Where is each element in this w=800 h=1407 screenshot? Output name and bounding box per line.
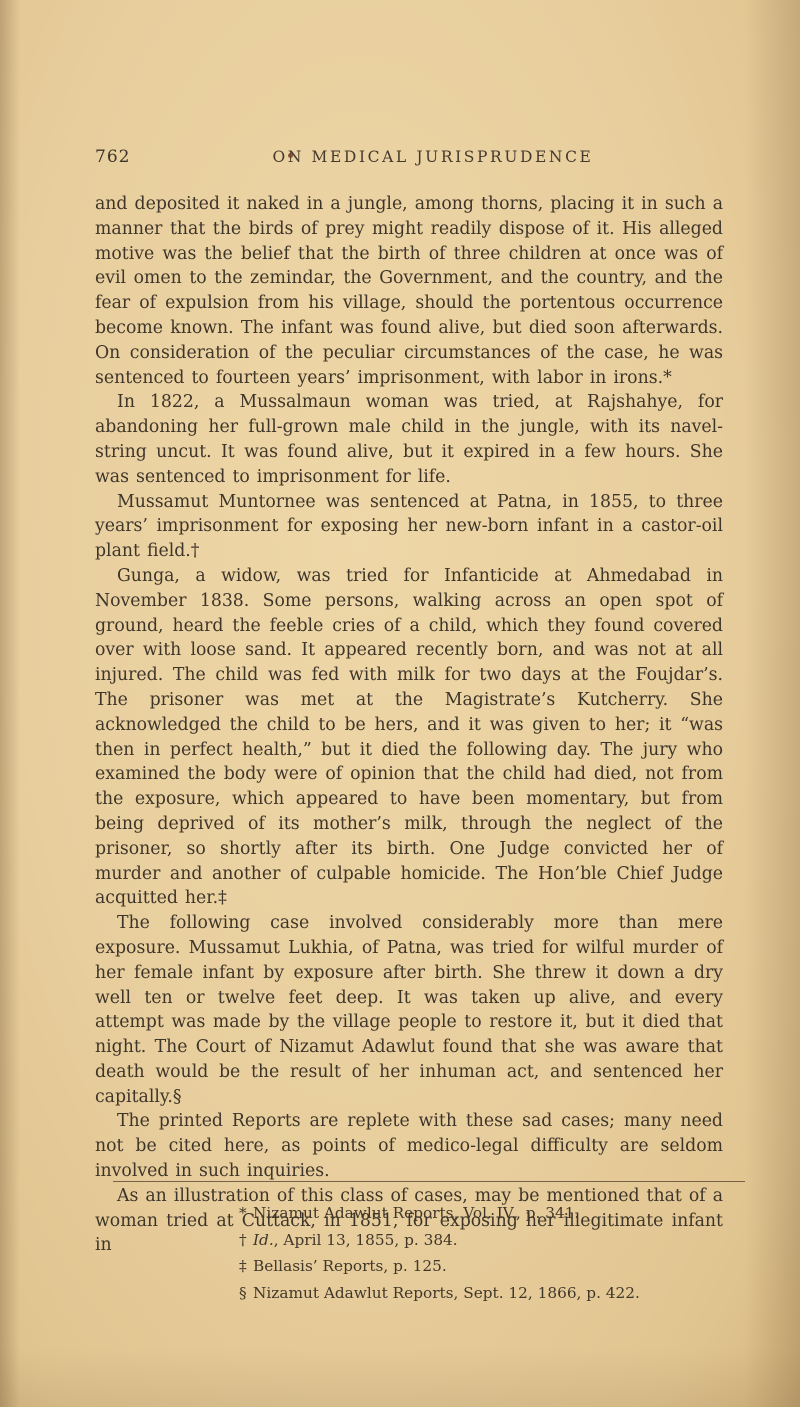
footnote-text: Bellasis’ Reports, p. 125. [253,1257,447,1275]
book-page: 762 ON MEDICAL JURISPRUDENCE and deposit… [0,0,800,1407]
footnote-marker: § [239,1280,253,1307]
body-paragraph: In 1822, a Mussalmaun woman was tried, a… [95,390,723,489]
footnote-item: ‡Bellasis’ Reports, p. 125. [239,1253,745,1280]
body-paragraph: Mussamut Muntornee was sentenced at Patn… [95,490,723,564]
page-number: 762 [95,147,130,167]
ink-spot [288,153,293,158]
footnote-item: †Id., April 13, 1855, p. 384. [239,1227,745,1254]
footnote-divider [113,1181,745,1182]
running-title: ON MEDICAL JURISPRUDENCE [273,148,594,166]
body-paragraph: The printed Reports are replete with the… [95,1109,723,1183]
body-paragraph: Gunga, a widow, was tried for Infanticid… [95,564,723,911]
footnotes: *Nizamut Adawlut Reports, Vol. IV., p. 3… [113,1181,745,1306]
body-text: and deposited it naked in a jungle, amon… [95,192,723,1258]
footnote-item: §Nizamut Adawlut Reports, Sept. 12, 1866… [239,1280,745,1307]
footnote-item: *Nizamut Adawlut Reports, Vol. IV., p. 3… [239,1200,745,1227]
page-header: 762 ON MEDICAL JURISPRUDENCE [95,147,723,169]
footnote-marker: † [239,1227,253,1254]
footnote-text: Nizamut Adawlut Reports, Vol. IV., p. 34… [253,1204,579,1222]
body-paragraph: and deposited it naked in a jungle, amon… [95,192,723,390]
footnote-marker: * [239,1200,253,1227]
footnote-text: Nizamut Adawlut Reports, Sept. 12, 1866,… [253,1284,640,1302]
footnote-italic: Id. [253,1231,274,1249]
footnote-text: , April 13, 1855, p. 384. [274,1231,458,1249]
body-paragraph: The following case involved considerably… [95,911,723,1109]
footnote-marker: ‡ [239,1253,253,1280]
